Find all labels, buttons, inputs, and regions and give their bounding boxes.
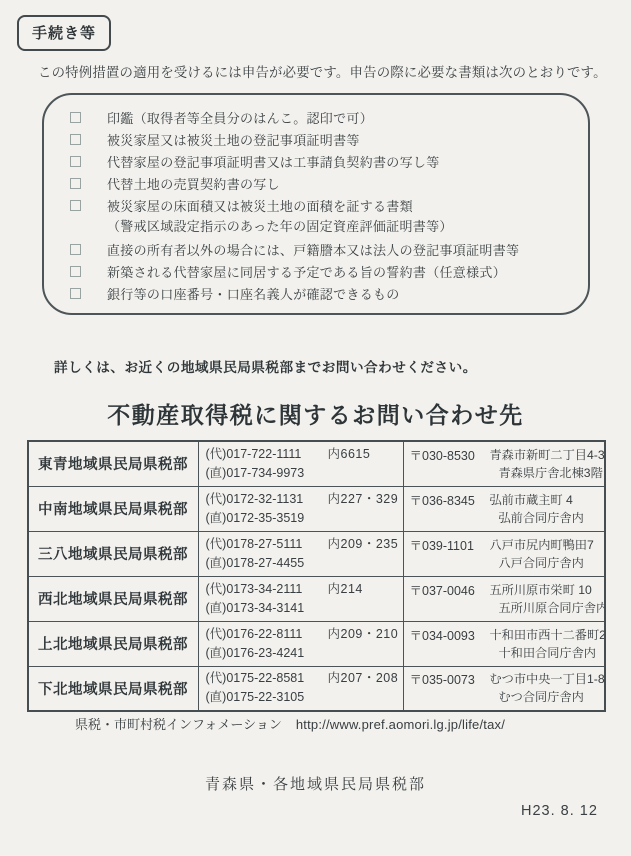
contacts-table-title: 不動産取得税に関するお問い合わせ先 (0, 397, 631, 430)
checkbox-icon (70, 200, 81, 211)
phone-cell: (代)0172-32-1131 内227・329 (直)0172-35-3519 (198, 486, 403, 531)
tel-extension: 内6615 (328, 445, 371, 464)
checklist-item: 直接の所有者以外の場合には、戸籍謄本又は法人の登記事項証明書等 (44, 238, 578, 260)
checklist-item: 代替土地の売買契約書の写し (44, 172, 578, 194)
contact-row: 中南地域県民局県税部 (代)0172-32-1131 内227・329 (直)0… (28, 486, 605, 531)
postal-code: 〒035-0073 (410, 670, 490, 689)
address-line1: 八戸市尻内町鴨田7 (490, 536, 594, 554)
tel-direct: (直)017-734-9973 (206, 464, 403, 483)
tel-direct: (直)0175-22-3105 (206, 688, 403, 707)
address-line1: 五所川原市栄町 10 (490, 581, 606, 599)
contact-notice: 詳しくは、お近くの地域県民局県税部までお問い合わせください。 (54, 356, 477, 376)
tel-extension: 内227・329 (328, 490, 399, 509)
address-cell: 〒037-0046 五所川原市栄町 10 五所川原合同庁舎内 (403, 576, 605, 621)
section-badge-procedures: 手続き等 (17, 15, 111, 51)
tel-direct: (直)0173-34-3141 (206, 599, 403, 618)
checkbox-icon (70, 244, 81, 255)
contact-row: 下北地域県民局県税部 (代)0175-22-8581 内207・208 (直)0… (28, 666, 605, 711)
checklist-item: 代替家屋の登記事項証明書又は工事請負契約書の写し等 (44, 150, 578, 172)
checklist-item-label: 新築される代替家屋に同居する予定である旨の誓約書（任意様式） (107, 262, 506, 281)
address-line1: 弘前市蔵主町 4 (490, 491, 584, 509)
office-name-cell: 西北地域県民局県税部 (28, 576, 198, 621)
intro-text: この特例措置の適用を受けるには申告が必要です。申告の際に必要な書類は次のとおりで… (38, 62, 607, 81)
tax-info-line: 県税・市町村税インフォメーションhttp://www.pref.aomori.l… (75, 714, 505, 733)
office-name-cell: 東青地域県民局県税部 (28, 441, 198, 486)
address-line1: 十和田市西十二番町20-12 (490, 626, 606, 644)
tel-main: (代)0173-34-2111 (206, 580, 328, 599)
tel-direct: (直)0172-35-3519 (206, 509, 403, 528)
phone-cell: (代)0176-22-8111 内209・210 (直)0176-23-4241 (198, 621, 403, 666)
address-line1: 青森市新町二丁目4-30 (490, 446, 606, 464)
phone-cell: (代)0173-34-2111 内214 (直)0173-34-3141 (198, 576, 403, 621)
office-name-cell: 下北地域県民局県税部 (28, 666, 198, 711)
address-cell: 〒034-0093 十和田市西十二番町20-12 十和田合同庁舎内 (403, 621, 605, 666)
office-name-cell: 三八地域県民局県税部 (28, 531, 198, 576)
checkbox-icon (70, 134, 81, 145)
address-cell: 〒030-8530 青森市新町二丁目4-30 青森県庁舎北棟3階 (403, 441, 605, 486)
tel-main: (代)0178-27-5111 (206, 535, 328, 554)
tel-main: (代)0175-22-8581 (206, 669, 328, 688)
contacts-table: 東青地域県民局県税部 (代)017-722-1111 内6615 (直)017-… (27, 440, 606, 712)
document-date: H23. 8. 12 (521, 803, 598, 819)
address-cell: 〒035-0073 むつ市中央一丁目1-8 むつ合同庁舎内 (403, 666, 605, 711)
checklist-item-label: 被災家屋又は被災土地の登記事項証明書等 (107, 130, 360, 149)
checkbox-icon (70, 112, 81, 123)
address-line2: 弘前合同庁舎内 (490, 509, 584, 527)
address-line2: 五所川原合同庁舎内 (490, 599, 606, 617)
checklist-item: 印鑑（取得者等全員分のはんこ。認印で可） (44, 106, 578, 128)
checkbox-icon (70, 288, 81, 299)
office-name-cell: 上北地域県民局県税部 (28, 621, 198, 666)
checklist-item: 新築される代替家屋に同居する予定である旨の誓約書（任意様式） (44, 260, 578, 282)
tel-extension: 内209・235 (328, 535, 399, 554)
address-line2: 青森県庁舎北棟3階 (490, 464, 606, 482)
checklist-item-label: 代替家屋の登記事項証明書又は工事請負契約書の写し等 (107, 152, 440, 171)
tel-extension: 内214 (328, 580, 363, 599)
checklist-item: 被災家屋又は被災土地の登記事項証明書等 (44, 128, 578, 150)
contact-row: 東青地域県民局県税部 (代)017-722-1111 内6615 (直)017-… (28, 441, 605, 486)
checkbox-icon (70, 178, 81, 189)
contact-row: 三八地域県民局県税部 (代)0178-27-5111 内209・235 (直)0… (28, 531, 605, 576)
tel-main: (代)0176-22-8111 (206, 625, 328, 644)
postal-code: 〒039-1101 (410, 536, 490, 555)
address-cell: 〒036-8345 弘前市蔵主町 4 弘前合同庁舎内 (403, 486, 605, 531)
checklist-item-label: 直接の所有者以外の場合には、戸籍謄本又は法人の登記事項証明書等 (107, 240, 519, 259)
checkbox-icon (70, 156, 81, 167)
address-cell: 〒039-1101 八戸市尻内町鴨田7 八戸合同庁舎内 (403, 531, 605, 576)
phone-cell: (代)0175-22-8581 内207・208 (直)0175-22-3105 (198, 666, 403, 711)
checklist-item: 被災家屋の床面積又は被災土地の面積を証する書類 （警戒区域設定指示のあった年の固… (44, 194, 578, 238)
postal-code: 〒036-8345 (410, 491, 490, 510)
phone-cell: (代)017-722-1111 内6615 (直)017-734-9973 (198, 441, 403, 486)
tel-direct: (直)0176-23-4241 (206, 644, 403, 663)
scanned-document-page: 手続き等 この特例措置の適用を受けるには申告が必要です。申告の際に必要な書類は次… (0, 0, 631, 856)
postal-code: 〒030-8530 (410, 446, 490, 465)
phone-cell: (代)0178-27-5111 内209・235 (直)0178-27-4455 (198, 531, 403, 576)
tax-info-url: http://www.pref.aomori.lg.jp/life/tax/ (296, 717, 505, 732)
postal-code: 〒037-0046 (410, 581, 490, 600)
contact-row: 西北地域県民局県税部 (代)0173-34-2111 内214 (直)0173-… (28, 576, 605, 621)
required-documents-box: 印鑑（取得者等全員分のはんこ。認印で可） 被災家屋又は被災土地の登記事項証明書等… (42, 93, 590, 315)
checklist-item-label: 印鑑（取得者等全員分のはんこ。認印で可） (107, 108, 373, 127)
contact-row: 上北地域県民局県税部 (代)0176-22-8111 内209・210 (直)0… (28, 621, 605, 666)
checklist-item-label: 銀行等の口座番号・口座名義人が確認できるもの (107, 284, 400, 303)
tax-info-label: 県税・市町村税インフォメーション (75, 717, 282, 732)
postal-code: 〒034-0093 (410, 626, 490, 645)
checklist-item-note: （警戒区域設定指示のあった年の固定資産評価証明書等） (44, 216, 578, 238)
address-line2: むつ合同庁舎内 (490, 688, 605, 706)
tel-direct: (直)0178-27-4455 (206, 554, 403, 573)
checklist-item-label: 被災家屋の床面積又は被災土地の面積を証する書類 (107, 196, 413, 215)
tel-main: (代)0172-32-1131 (206, 490, 328, 509)
checklist-item-label: 代替土地の売買契約書の写し (107, 174, 280, 193)
address-line1: むつ市中央一丁目1-8 (490, 670, 605, 688)
tel-extension: 内207・208 (328, 669, 399, 688)
checklist-item: 銀行等の口座番号・口座名義人が確認できるもの (44, 282, 578, 304)
tel-extension: 内209・210 (328, 625, 399, 644)
address-line2: 十和田合同庁舎内 (490, 644, 606, 662)
checkbox-icon (70, 266, 81, 277)
address-line2: 八戸合同庁舎内 (490, 554, 594, 572)
footer-organization: 青森県・各地域県民局県税部 (0, 773, 631, 794)
office-name-cell: 中南地域県民局県税部 (28, 486, 198, 531)
tel-main: (代)017-722-1111 (206, 445, 328, 464)
